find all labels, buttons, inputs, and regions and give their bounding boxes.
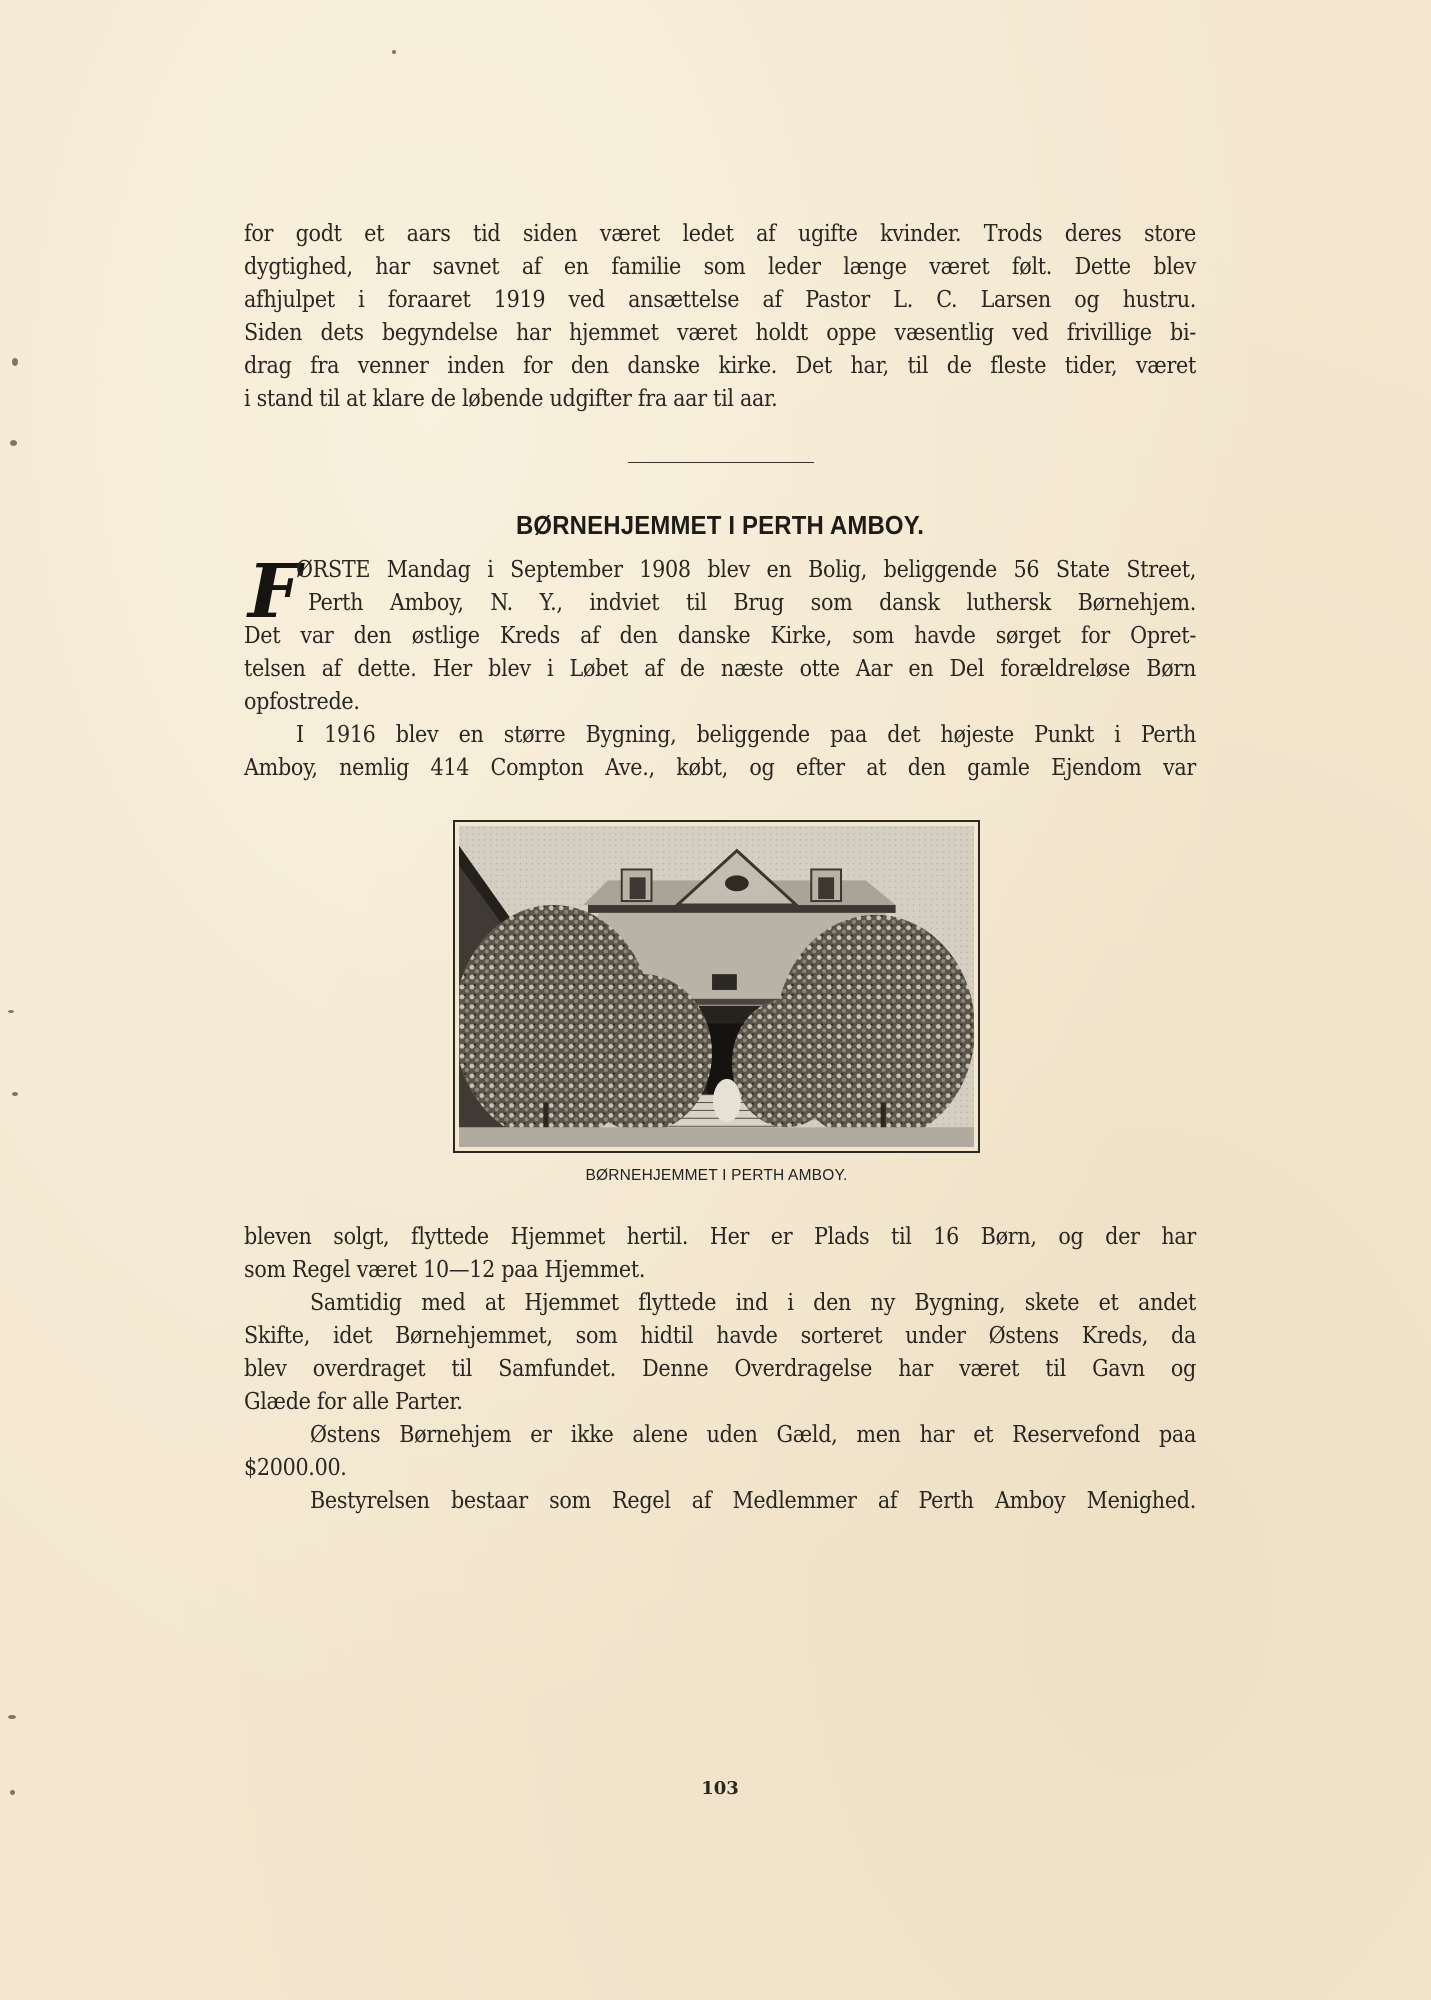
text-line: bleven solgt, flyttede Hjemmet hertil. H… (244, 1221, 1196, 1254)
text-line: Samtidig med at Hjemmet flyttede ind i d… (244, 1287, 1196, 1320)
text-line: Bestyrelsen bestaar som Regel af Medlemm… (244, 1485, 1196, 1518)
page-number: 103 (690, 1778, 750, 1799)
house-photo-image (459, 826, 974, 1147)
scan-speck (10, 1790, 15, 1795)
scan-speck (10, 440, 17, 446)
scan-speck (12, 358, 18, 366)
text-line: drag fra venner inden for den danske kir… (244, 350, 1196, 383)
scan-speck (8, 1715, 16, 1719)
scan-speck (392, 50, 396, 54)
text-line: som Regel været 10—12 paa Hjemmet. (244, 1254, 1196, 1287)
section-heading: BØRNEHJEMMET I PERTH AMBOY. (282, 510, 1158, 541)
text-line: Det var den østlige Kreds af den danske … (244, 620, 1196, 653)
figure-caption: BØRNEHJEMMET I PERTH AMBOY. (453, 1167, 980, 1185)
text-line: opfostrede. (244, 686, 1196, 719)
text-line: Perth Amboy, N. Y., indviet til Brug som… (244, 587, 1196, 620)
text-line: Siden dets begyndelse har hjemmet været … (244, 317, 1196, 350)
text-line: blev overdraget til Samfundet. Denne Ove… (244, 1353, 1196, 1386)
text-line: telsen af dette. Her blev i Løbet af de … (244, 653, 1196, 686)
text-line: Skifte, idet Børnehjemmet, som hidtil ha… (244, 1320, 1196, 1353)
scan-speck (12, 1092, 18, 1096)
text-line: for godt et aars tid siden været ledet a… (244, 218, 1196, 251)
scan-speck (8, 1010, 14, 1013)
text-line: dygtighed, har savnet af en familie som … (244, 251, 1196, 284)
text-line: i stand til at klare de løbende udgifter… (244, 383, 1196, 416)
text-line: afhjulpet i foraaret 1919 ved ansættelse… (244, 284, 1196, 317)
text-line: ØRSTE Mandag i September 1908 blev en Bo… (244, 554, 1196, 587)
text-line: $2000.00. (244, 1452, 1196, 1485)
text-line: Amboy, nemlig 414 Compton Ave., købt, og… (244, 752, 1196, 785)
text-line: Glæde for alle Parter. (244, 1386, 1196, 1419)
text-line: I 1916 blev en større Bygning, beliggend… (244, 719, 1196, 752)
house-photograph (453, 820, 980, 1153)
section-divider (628, 462, 814, 463)
text-line: Østens Børnehjem er ikke alene uden Gæld… (244, 1419, 1196, 1452)
